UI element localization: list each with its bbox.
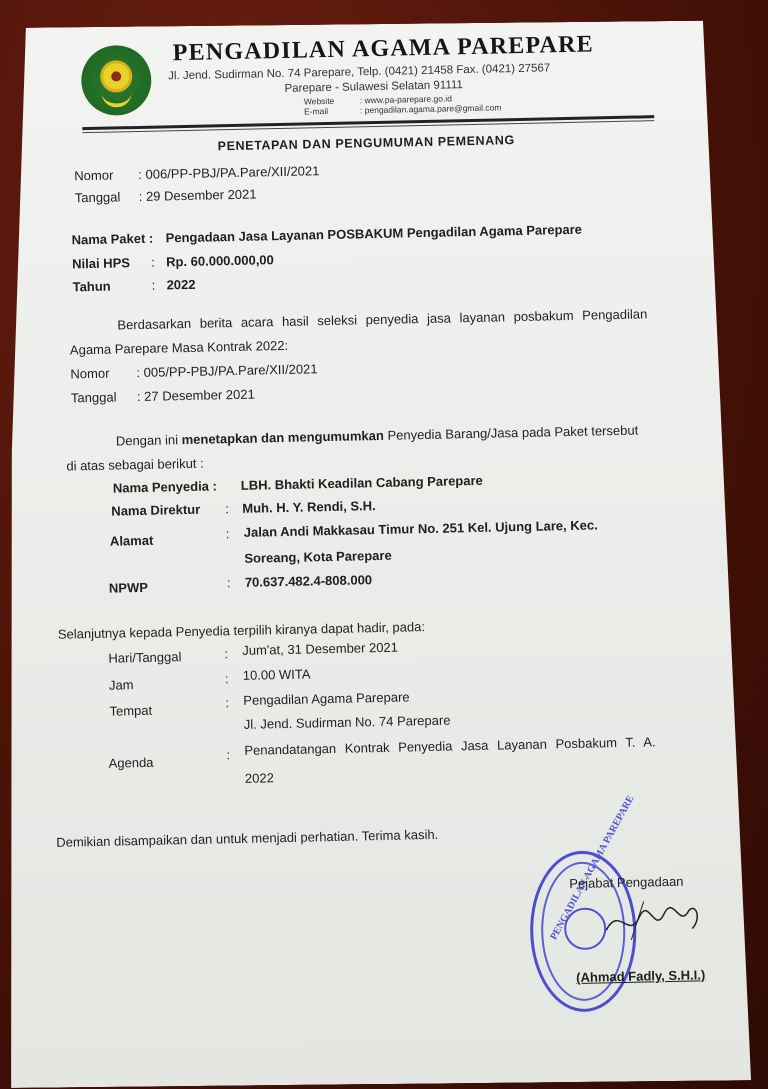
- intro-emphasis: menetapkan dan mengumumkan: [181, 428, 384, 447]
- nama-paket-value: Pengadaan Jasa Layanan POSBAKUM Pengadil…: [165, 222, 582, 246]
- colon: :: [225, 695, 229, 710]
- colon: :: [226, 526, 230, 541]
- alamat-line2: Soreang, Kota Parepare: [244, 548, 392, 566]
- signature-scribble: [604, 898, 705, 940]
- ref-tanggal-value: : 29 Desember 2021: [139, 187, 257, 204]
- invitation-intro: Selanjutnya kepada Penyedia terpilih kir…: [58, 619, 425, 642]
- nilai-hps-label: Nilai HPS: [72, 255, 130, 271]
- nama-direktur-value: Muh. H. Y. Rendi, S.H.: [242, 498, 376, 516]
- npwp-value: 70.637.482.4-808.000: [245, 572, 373, 590]
- agenda-line1: Penandatangan Kontrak Penyedia Jasa Laya…: [244, 734, 656, 758]
- colon: :: [224, 646, 228, 661]
- tahun-label: Tahun: [72, 279, 110, 295]
- ref-tanggal-label: Tanggal: [75, 189, 121, 205]
- ref-nomor-label: Nomor: [74, 168, 113, 184]
- nama-paket-label: Nama Paket :: [71, 231, 153, 248]
- court-emblem-icon: [81, 45, 152, 116]
- agenda-line2: 2022: [245, 770, 274, 786]
- hari-label: Hari/Tanggal: [108, 649, 181, 666]
- nilai-hps-value: Rp. 60.000.000,00: [166, 252, 274, 269]
- nama-penyedia-label: Nama Penyedia :: [113, 478, 217, 495]
- decision-intro: Dengan ini menetapkan dan mengumumkan Pe…: [116, 423, 639, 449]
- decision-intro-line2: di atas sebagai berikut :: [66, 456, 204, 474]
- closing-text: Demikian disampaikan dan untuk menjadi p…: [56, 827, 438, 850]
- basis-nomor-label: Nomor: [70, 366, 109, 382]
- colon: :: [151, 255, 155, 270]
- document: PENGADILAN AGAMA PAREPARE Jl. Jend. Sudi…: [0, 0, 768, 1089]
- alamat-label: Alamat: [110, 533, 154, 549]
- basis-nomor-value: : 005/PP-PBJ/PA.Pare/XII/2021: [136, 361, 317, 380]
- jam-value: 10.00 WITA: [243, 666, 311, 682]
- signatory-name: (Ahmad Fadly, S.H.I.): [576, 967, 705, 985]
- colon: :: [225, 501, 229, 516]
- signatory-title: Pejabat Pengadaan: [569, 874, 684, 891]
- ref-nomor-value: : 006/PP-PBJ/PA.Pare/XII/2021: [138, 163, 319, 182]
- basis-tanggal-value: : 27 Desember 2021: [137, 387, 255, 404]
- tahun-value: 2022: [166, 277, 195, 293]
- basis-paragraph-line1: Berdasarkan berita acara hasil seleksi p…: [117, 306, 647, 332]
- nama-penyedia-value: LBH. Bhakti Keadilan Cabang Parepare: [241, 473, 483, 493]
- npwp-label: NPWP: [109, 580, 148, 596]
- institution-city: Parepare - Sulawesi Selatan 91111: [284, 79, 463, 95]
- email-link[interactable]: : pengadilan.agama.pare@gmail.com: [360, 102, 502, 115]
- colon: :: [225, 671, 229, 686]
- nama-direktur-label: Nama Direktur: [111, 502, 200, 519]
- basis-tanggal-label: Tanggal: [71, 389, 117, 405]
- document-title: PENETAPAN DAN PENGUMUMAN PEMENANG: [218, 133, 515, 153]
- tempat-line2: Jl. Jend. Sudirman No. 74 Parepare: [244, 713, 451, 732]
- tempat-label: Tempat: [109, 703, 152, 719]
- jam-label: Jam: [109, 677, 134, 693]
- intro-prefix: Dengan ini: [116, 432, 182, 448]
- emblem-sun: [103, 63, 130, 90]
- tempat-line1: Pengadilan Agama Parepare: [243, 689, 410, 707]
- intro-suffix: Penyedia Barang/Jasa pada Paket tersebut: [384, 423, 639, 443]
- email-label: E-mail: [304, 105, 360, 116]
- basis-paragraph-line2: Agama Parepare Masa Kontrak 2022:: [70, 338, 289, 358]
- hari-value: Jum'at, 31 Desember 2021: [242, 640, 398, 658]
- agenda-label: Agenda: [108, 755, 153, 771]
- emblem-crescent: [102, 91, 132, 108]
- colon: :: [227, 575, 231, 590]
- colon: :: [151, 278, 155, 293]
- alamat-line1: Jalan Andi Makkasau Timur No. 251 Kel. U…: [244, 517, 598, 539]
- colon: :: [226, 747, 230, 762]
